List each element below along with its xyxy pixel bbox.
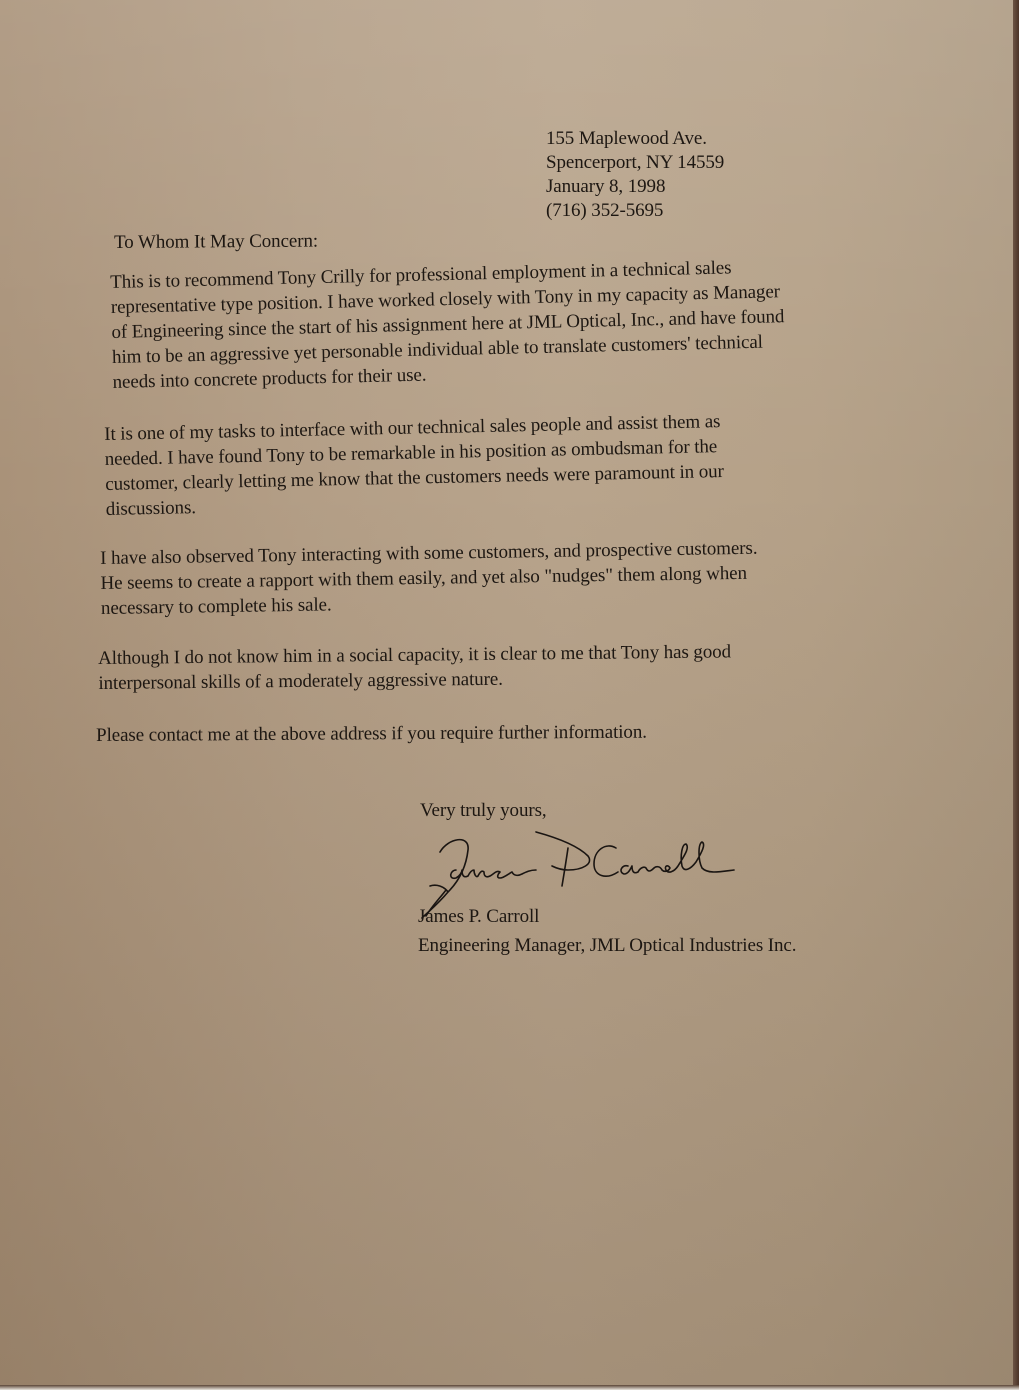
paragraph-recommendation: This is to recommend Tony Crilly for pro… <box>110 253 873 396</box>
paragraph-observed: I have also observed Tony interacting wi… <box>100 535 861 622</box>
paper-edge-shadow <box>1013 0 1019 1385</box>
sender-address-block: 155 Maplewood Ave. Spencerport, NY 14559… <box>546 127 724 223</box>
salutation: To Whom It May Concern: <box>114 230 318 255</box>
signer-name: James P. Carroll <box>418 905 539 929</box>
paper-bottom-edge <box>0 1385 1019 1390</box>
sender-street: 155 Maplewood Ave. <box>546 127 724 151</box>
paragraph-contact: Please contact me at the above address i… <box>96 719 856 749</box>
signer-title: Engineering Manager, JML Optical Industr… <box>418 934 796 958</box>
paragraph-interpersonal: Although I do not know him in a social c… <box>98 639 858 697</box>
sender-phone: (716) 352-5695 <box>546 199 724 223</box>
letter-date: January 8, 1998 <box>546 175 724 199</box>
paragraph-tasks: It is one of my tasks to interface with … <box>104 407 866 523</box>
closing: Very truly yours, <box>420 799 547 823</box>
sender-city-state-zip: Spencerport, NY 14559 <box>546 151 724 175</box>
paragraph-line: Please contact me at the above address i… <box>96 719 856 749</box>
